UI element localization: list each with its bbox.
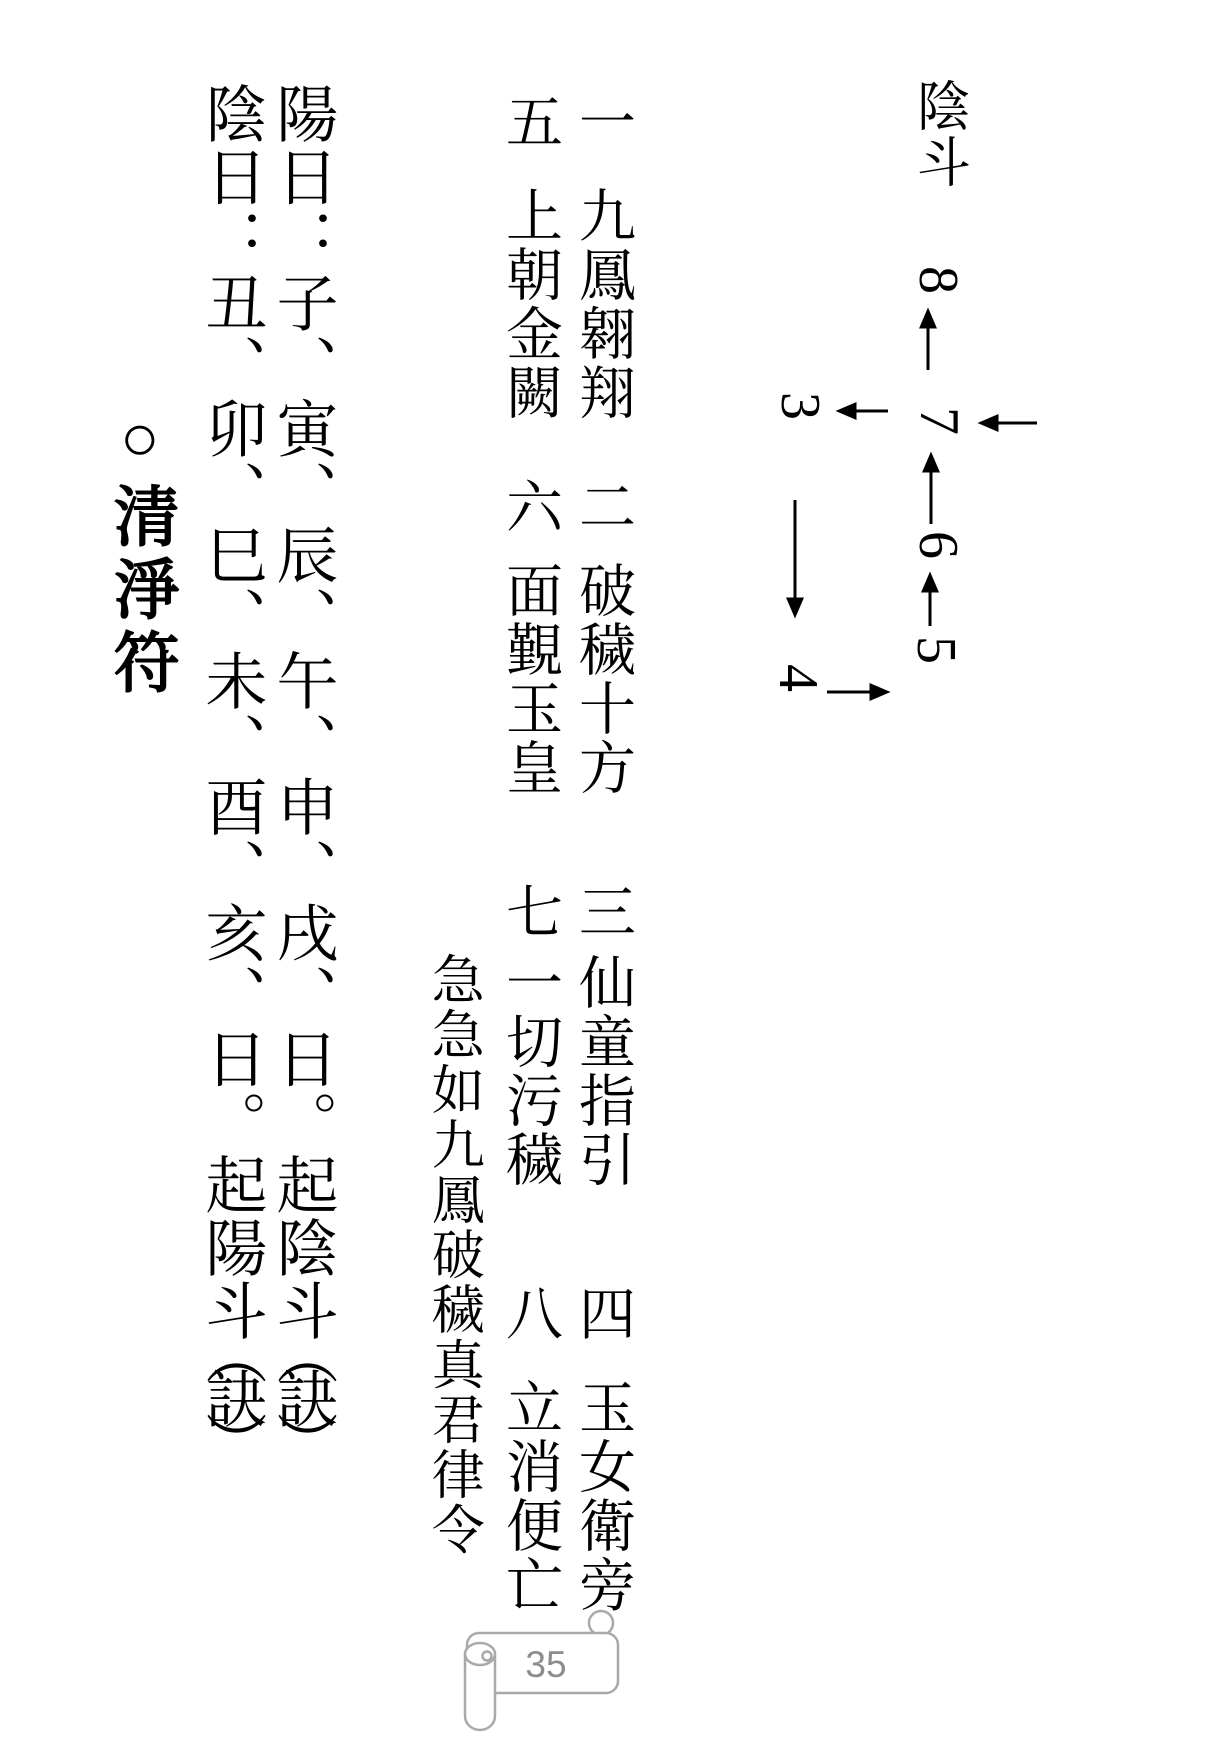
document-page: 陰斗 876534 一九鳳翱翔二破穢十方三仙童指引四玉女衛旁 五上朝金闕六面覲玉… — [0, 0, 1230, 1739]
close-paren: ︶ — [196, 1411, 264, 1474]
item-phrase: 玉女衛旁 — [571, 1378, 634, 1614]
item-number: 八 — [498, 1284, 561, 1343]
mantra-column-right: 一九鳳翱翔二破穢十方三仙童指引四玉女衛旁 — [571, 92, 633, 1692]
dipper-number-8: 8 — [910, 266, 966, 294]
close-paren: ︶ — [267, 1411, 335, 1474]
dipper-number-5: 5 — [908, 636, 964, 664]
item-number: 六 — [498, 477, 561, 536]
dipper-number-3: 3 — [772, 392, 828, 420]
item-phrase: 面覲玉皇 — [498, 561, 561, 797]
item-number: 五 — [498, 92, 561, 151]
dipper-number-6: 6 — [910, 531, 966, 559]
yin-day-text: 陰日：丑、卯、巳、未、酉、亥、日。起陽斗 — [196, 82, 264, 1342]
mantra-closing-column: 急急如九鳳破穢真君律令 — [424, 952, 481, 1672]
item-number: 七 — [498, 882, 561, 941]
mantra-column-left: 五上朝金闕六面覲玉皇七一切污穢八立消便亡 — [498, 92, 560, 1692]
dipper-diagram-label: 陰斗 — [910, 78, 968, 338]
yang-day-column: 陽日：子、寅、辰、午、申、戌、日。起陰斗︵訣︶ — [267, 82, 334, 1582]
scroll-curl-inner-icon — [483, 1652, 492, 1661]
item-number: 二 — [571, 477, 634, 536]
item-number: 四 — [571, 1284, 634, 1343]
yin-day-column: 陰日：丑、卯、巳、未、酉、亥、日。起陽斗︵訣︶ — [196, 82, 263, 1582]
dipper-number-4: 4 — [770, 664, 826, 692]
item-phrase: 九鳳翱翔 — [571, 186, 634, 422]
item-number: 三 — [571, 882, 634, 941]
item-phrase: 上朝金闕 — [498, 186, 561, 422]
item-number: 一 — [571, 92, 634, 151]
section-heading: ○清淨符 — [104, 402, 175, 762]
item-phrase: 一切污穢 — [498, 953, 561, 1189]
dipper-number-7: 7 — [911, 407, 967, 435]
yang-day-text: 陽日：子、寅、辰、午、申、戌、日。起陰斗 — [267, 82, 335, 1342]
item-phrase: 仙童指引 — [571, 953, 634, 1189]
item-phrase: 立消便亡 — [498, 1378, 561, 1614]
item-phrase: 破穢十方 — [571, 561, 634, 797]
